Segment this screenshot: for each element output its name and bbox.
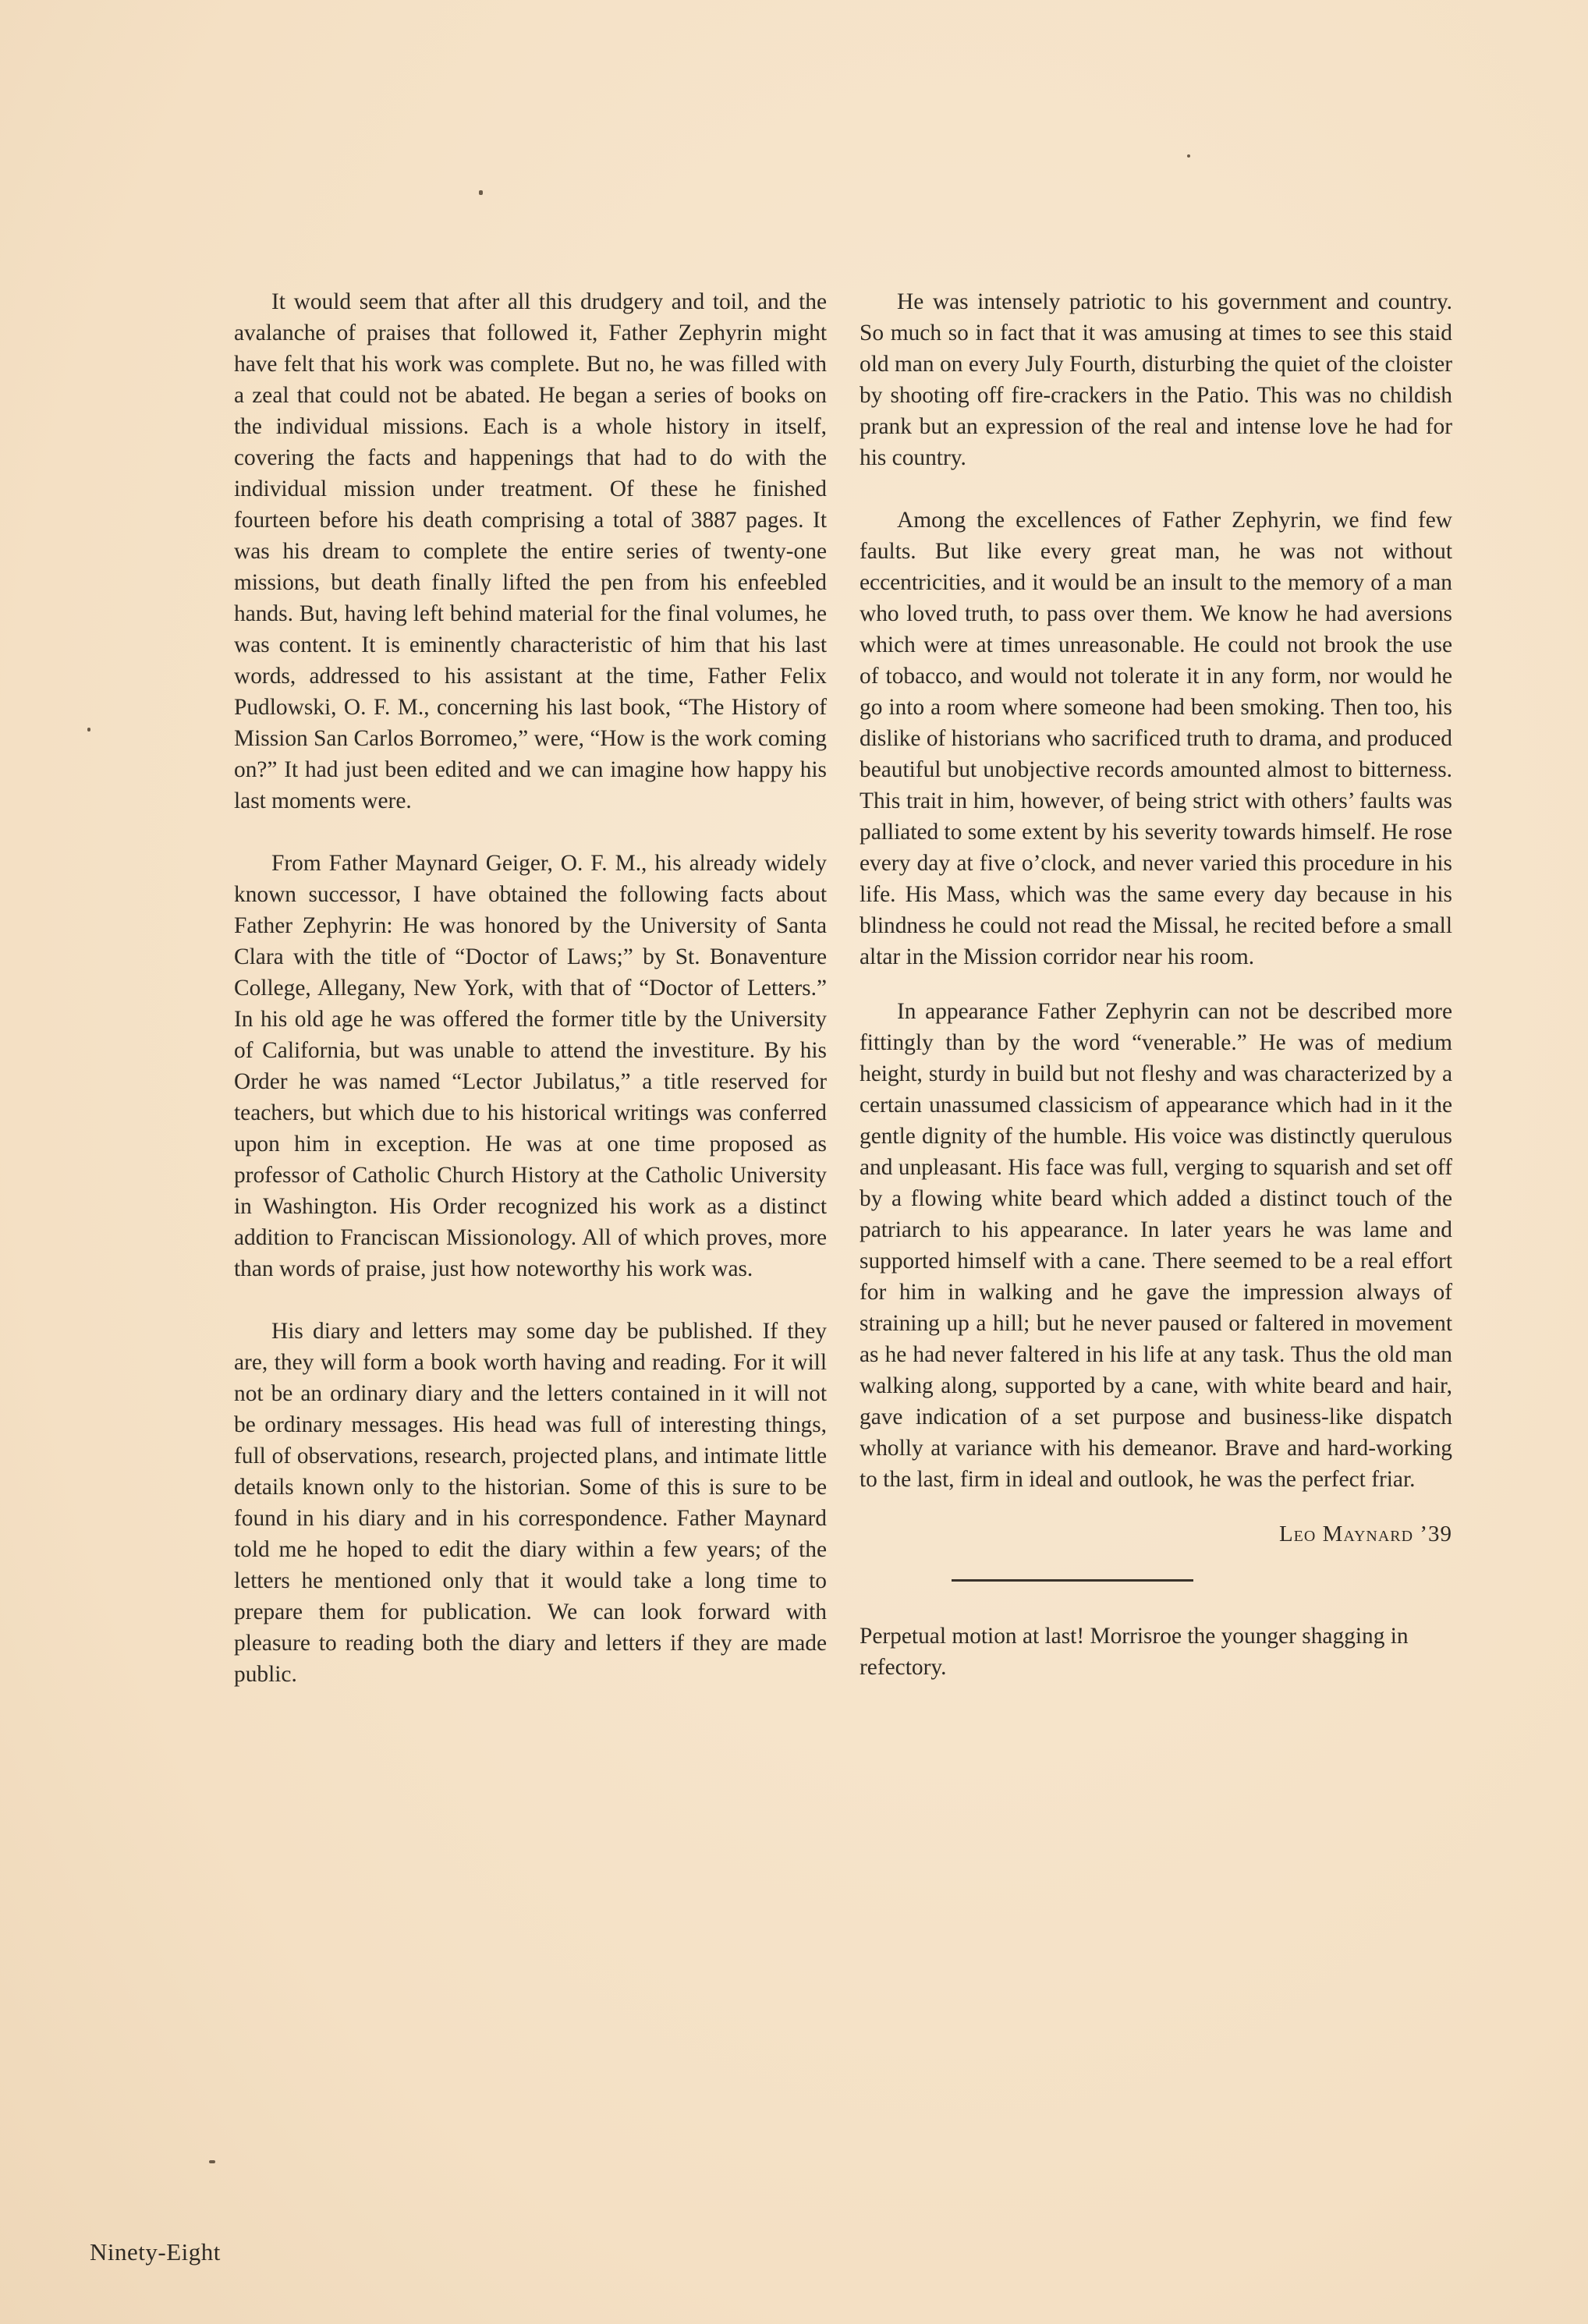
print-speck xyxy=(87,728,90,732)
paragraph-honors: From Father Maynard Geiger, O. F. M., hi… xyxy=(234,848,827,1284)
right-column: He was intensely patriotic to his govern… xyxy=(860,286,1452,1683)
paragraph-final-works: It would seem that after all this drudge… xyxy=(234,286,827,817)
paragraph-patriotism: He was intensely patriotic to his govern… xyxy=(860,286,1452,473)
print-speck xyxy=(1187,154,1190,158)
paragraph-appearance: In appearance Father Zephyrin can not be… xyxy=(860,996,1452,1495)
paragraph-diary-letters: His diary and letters may some day be pu… xyxy=(234,1316,827,1690)
print-speck xyxy=(479,190,483,195)
left-column: It would seem that after all this drudge… xyxy=(234,286,827,1721)
page-number: Ninety-Eight xyxy=(90,2238,221,2266)
paragraph-eccentricities: Among the excellences of Father Zephyrin… xyxy=(860,505,1452,972)
print-speck xyxy=(209,2160,215,2163)
author-signature: Leo Maynard ’39 xyxy=(860,1518,1452,1550)
filler-note: Perpetual motion at last! Morrisroe the … xyxy=(860,1621,1452,1683)
document-page: It would seem that after all this drudge… xyxy=(0,0,1588,2324)
section-divider xyxy=(952,1579,1193,1582)
